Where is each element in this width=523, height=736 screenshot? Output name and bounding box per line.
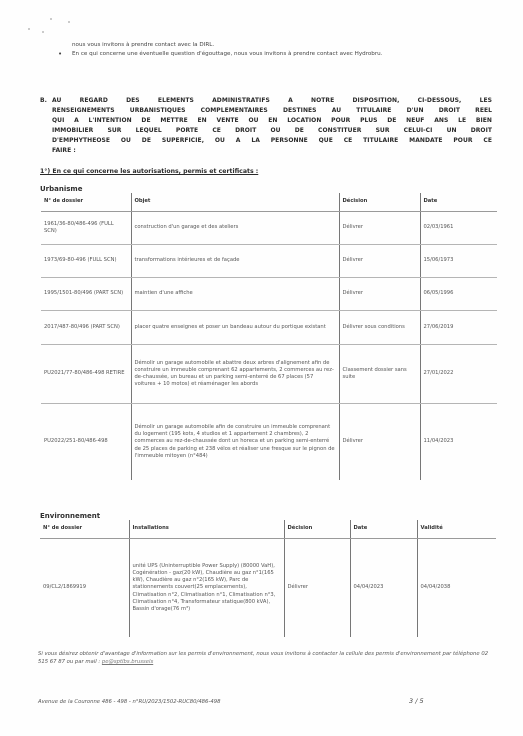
cell-objet: placer quatre enseignes et poser un band…: [131, 311, 339, 345]
cell-date: 15/06/1973: [420, 245, 497, 278]
cell-installations: unité UPS (Uninterruptible Power Supply)…: [129, 539, 284, 638]
cell-dossier: 09/CL2/1869919: [40, 539, 129, 638]
document-page: nous vous invitons à prendre contact ave…: [0, 0, 523, 736]
cell-decision: Délivrer sous conditions: [339, 311, 420, 345]
cell-date: 11/04/2023: [420, 404, 497, 481]
cell-decision: Classement dossier sans suite: [339, 345, 420, 404]
table-row: 1961/36-80/486-496 (FULL SCN) constructi…: [41, 212, 497, 245]
cell-date: 02/03/1961: [420, 212, 497, 245]
col-header-decision: Décision: [339, 193, 420, 212]
cell-objet: Démolir un garage automobile afin de con…: [131, 404, 339, 481]
table-row: 1973/69-80-496 (FULL SCN) transformation…: [41, 245, 497, 278]
intro-line: nous vous invitons à prendre contact ave…: [72, 42, 492, 50]
cell-objet: transformations intérieures et de façade: [131, 245, 339, 278]
cell-decision: Délivrer: [339, 404, 420, 481]
environment-contact-note: Si vous désirez obtenir d'avantage d'inf…: [38, 650, 498, 666]
section-b-line: FAIRE :: [52, 146, 492, 156]
cell-decision: Délivrer: [339, 212, 420, 245]
section-b-line: D'EMPHYTHEOSE OU DE SUPERFICIE, OU A LA …: [52, 136, 492, 146]
section-b-label: B.: [40, 96, 47, 106]
col-header-validite: Validité: [417, 520, 496, 539]
table-row: PU2022/251-80/486-498 Démolir un garage …: [41, 404, 497, 481]
cell-validite: 04/04/2038: [417, 539, 496, 638]
bullet-icon: •: [58, 51, 62, 59]
intro-bullet: •En ce qui concerne une éventuelle quest…: [72, 51, 492, 59]
table-row: 09/CL2/1869919 unité UPS (Uninterruptibl…: [40, 539, 496, 638]
cell-dossier: PU2022/251-80/486-498: [41, 404, 131, 481]
col-header-dossier: N° de dossier: [40, 520, 129, 539]
cell-objet: Démolir un garage automobile et abattre …: [131, 345, 339, 404]
cell-dossier: 2017/487-80/496 (PART SCN): [41, 311, 131, 345]
cell-date: 04/04/2023: [350, 539, 417, 638]
section-b-line: AU REGARD DES ELEMENTS ADMINISTRATIFS A …: [52, 96, 492, 106]
section-b: B. AU REGARD DES ELEMENTS ADMINISTRATIFS…: [40, 96, 492, 156]
cell-dossier: 1995/1501-80/496 (PART SCN): [41, 278, 131, 311]
table-row: PU2021/77-80/486-498 RETIRE Démolir un g…: [41, 345, 497, 404]
cell-decision: Délivrer: [339, 245, 420, 278]
section-b-line: QUI A L'INTENTION DE METTRE EN VENTE OU …: [52, 116, 492, 126]
section-b-line: IMMOBILIER SUR LEQUEL PORTE CE DROIT OU …: [52, 126, 492, 136]
cell-date: 06/05/1996: [420, 278, 497, 311]
cell-dossier: 1973/69-80-496 (FULL SCN): [41, 245, 131, 278]
permits-subheading: 1°) En ce qui concerne les autorisations…: [40, 168, 258, 175]
intro-text: nous vous invitons à prendre contact ave…: [72, 42, 492, 58]
cell-decision: Délivrer: [339, 278, 420, 311]
cell-date: 27/06/2019: [420, 311, 497, 345]
environnement-table: N° de dossier Installations Décision Dat…: [40, 520, 496, 637]
col-header-objet: Objet: [131, 193, 339, 212]
contact-email-link[interactable]: pe@sptlbs.brussels: [102, 659, 153, 665]
col-header-decision: Décision: [284, 520, 350, 539]
urbanisme-table: N° de dossier Objet Décision Date 1961/3…: [41, 193, 497, 480]
col-header-date: Date: [350, 520, 417, 539]
cell-date: 27/01/2022: [420, 345, 497, 404]
urbanisme-heading: Urbanisme: [40, 185, 82, 193]
col-header-dossier: N° de dossier: [41, 193, 131, 212]
table-row: 1995/1501-80/496 (PART SCN) maintien d'u…: [41, 278, 497, 311]
cell-objet: maintien d'une affiche: [131, 278, 339, 311]
table-header-row: N° de dossier Installations Décision Dat…: [40, 520, 496, 539]
scan-specks: [24, 18, 74, 38]
section-b-body: AU REGARD DES ELEMENTS ADMINISTRATIFS A …: [52, 96, 492, 156]
cell-objet: construction d'un garage et des ateliers: [131, 212, 339, 245]
cell-dossier: 1961/36-80/486-496 (FULL SCN): [41, 212, 131, 245]
cell-decision: Délivrer: [284, 539, 350, 638]
page-footer-address: Avenue de la Couronne 486 - 498 - n°RU/2…: [38, 699, 220, 705]
environnement-heading: Environnement: [40, 512, 100, 520]
section-b-line: RENSEIGNEMENTS URBANISTIQUES COMPLEMENTA…: [52, 106, 492, 116]
col-header-installations: Installations: [129, 520, 284, 539]
page-number: 3 / 5: [409, 697, 424, 705]
cell-dossier: PU2021/77-80/486-498 RETIRE: [41, 345, 131, 404]
table-row: 2017/487-80/496 (PART SCN) placer quatre…: [41, 311, 497, 345]
col-header-date: Date: [420, 193, 497, 212]
table-header-row: N° de dossier Objet Décision Date: [41, 193, 497, 212]
